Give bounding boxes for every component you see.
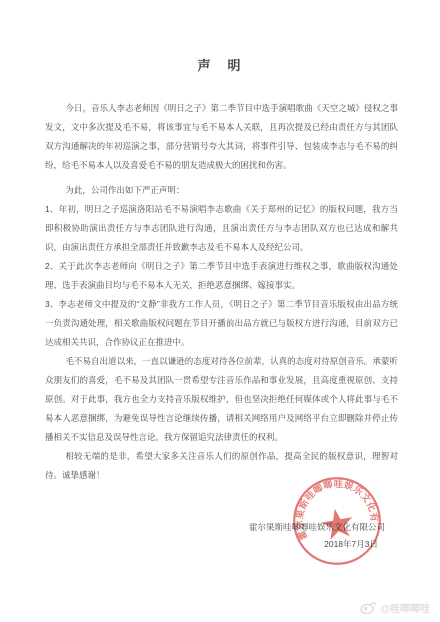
signature-date: 2018年7月3日 [0, 537, 440, 551]
paragraph-intro: 今日，音乐人李志老师因《明日之子》第二季节目中选手演唱歌曲《天空之城》侵权之事发… [45, 99, 398, 175]
paragraph-item-1: 1、年初，明日之子巡演洛阳站毛不易演唱李志歌曲《关于郑州的记忆》的版权问题，我方… [45, 200, 398, 257]
paragraph-item-3: 3、李志老师文中提及的“文静”非我方工作人员，《明日之子》第二季节目音乐版权由出… [45, 295, 398, 352]
paragraph-position: 毛不易自出道以来，一直以谦逊的态度对待各位前辈，认真的态度对待原创音乐。承蒙听众… [45, 352, 398, 447]
signature-company: 霍尔果斯哇唧唧哇娱乐文化有限公司 [0, 520, 440, 534]
document-title: 声 明 [0, 55, 440, 74]
watermark-handle: @哇唧唧哇 [380, 600, 430, 615]
document-body: 今日，音乐人李志老师因《明日之子》第二季节目中选手演唱歌曲《天空之城》侵权之事发… [45, 99, 398, 485]
statement-document: 声 明 今日，音乐人李志老师因《明日之子》第二季节目中选手演唱歌曲《天空之城》侵… [0, 0, 440, 622]
paragraph-closing: 相较无端的是非，希望大家多关注音乐人们的原创作品，提高全民的版权意识，理智对待。… [45, 447, 398, 485]
paragraph-item-2: 2、关于此次李志老师向《明日之子》第二季节目中选手表演进行维权之事，歌曲版权沟通… [45, 257, 398, 295]
paragraph-lead-in: 为此，公司作出如下严正声明： [45, 181, 398, 200]
signature-block: 霍尔果斯哇唧唧哇娱乐文化有限公司 2018年7月3日 [0, 520, 440, 551]
weibo-logo-icon [360, 601, 376, 614]
weibo-watermark: @哇唧唧哇 [360, 600, 430, 615]
